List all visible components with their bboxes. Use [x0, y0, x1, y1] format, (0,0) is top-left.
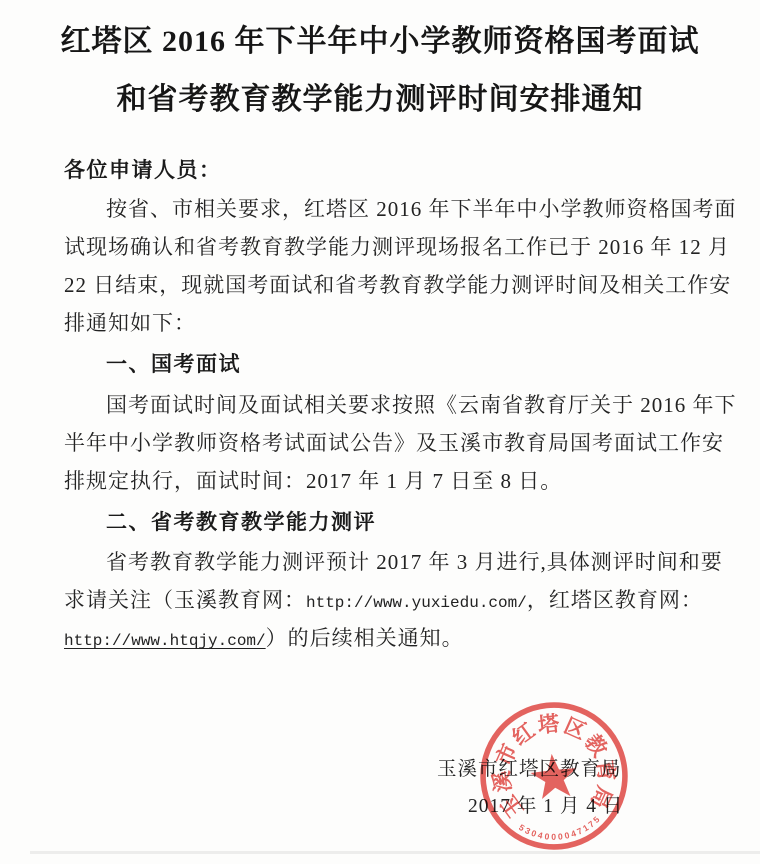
svg-text:0: 0 — [557, 831, 563, 841]
salutation: 各位申请人员： — [64, 152, 704, 190]
svg-text:溪: 溪 — [489, 769, 515, 793]
para1-line1: 按省、市相关要求，红塔区 2016 年下半年中小学教师资格国考面 — [64, 190, 746, 228]
svg-text:0: 0 — [544, 831, 550, 842]
para1-line2: 试现场确认和省考教育教学能力测评现场报名工作已于 2016 年 12 月 — [64, 228, 704, 266]
para2-line2: 半年中小学教师资格考试面试公告》及玉溪市教育局国考面试工作安 — [64, 424, 704, 462]
para3-line3-text-after: ）的后续相关通知。 — [266, 626, 464, 650]
section-heading-1: 一、国考面试 — [64, 346, 746, 384]
notice-document-page: 红塔区 2016 年下半年中小学教师资格国考面试 和省考教育教学能力测评时间安排… — [0, 0, 760, 864]
para1-line4: 排通知如下： — [64, 304, 704, 342]
document-title-line-1: 红塔区 2016 年下半年中小学教师资格国考面试 — [0, 16, 760, 60]
para2-line1: 国考面试时间及面试相关要求按照《云南省教育厅关于 2016 年下 — [64, 386, 746, 424]
para3-line3: http://www.htqjy.com/）的后续相关通知。 — [64, 619, 704, 660]
yuxi-education-url: http://www.yuxiedu.com/ — [306, 594, 527, 612]
svg-text:4: 4 — [537, 830, 544, 841]
scan-artifact-line — [30, 851, 760, 854]
svg-text:育: 育 — [592, 759, 619, 783]
svg-text:玉: 玉 — [496, 791, 528, 822]
section-heading-2: 二、省考教育教学能力测评 — [64, 504, 746, 542]
official-red-seal: 玉溪市红塔区教育局 5304000047175 — [470, 692, 637, 859]
para1-line3: 22 日结束，现就国考面试和省考教育教学能力测评时间及相关工作安 — [64, 266, 704, 304]
seal-star-icon — [529, 751, 580, 800]
svg-text:红: 红 — [508, 718, 539, 750]
svg-text:0: 0 — [551, 832, 556, 842]
hongta-education-url: http://www.htqjy.com/ — [64, 632, 266, 650]
para3-line2-text-after: ，红塔区教育网： — [527, 588, 703, 612]
para3-line1: 省考教育教学能力测评预计 2017 年 3 月进行,具体测评时间和要 — [64, 543, 746, 581]
document-title-line-2: 和省考教育教学能力测评时间安排通知 — [0, 74, 760, 118]
svg-text:塔: 塔 — [537, 711, 561, 737]
para2-line3: 排规定执行，面试时间：2017 年 1 月 7 日至 8 日。 — [64, 462, 704, 500]
para3-line2-text: 求请关注（玉溪教育网： — [64, 588, 306, 612]
para3-line2: 求请关注（玉溪教育网：http://www.yuxiedu.com/，红塔区教育… — [64, 581, 704, 622]
svg-text:局: 局 — [586, 782, 617, 811]
